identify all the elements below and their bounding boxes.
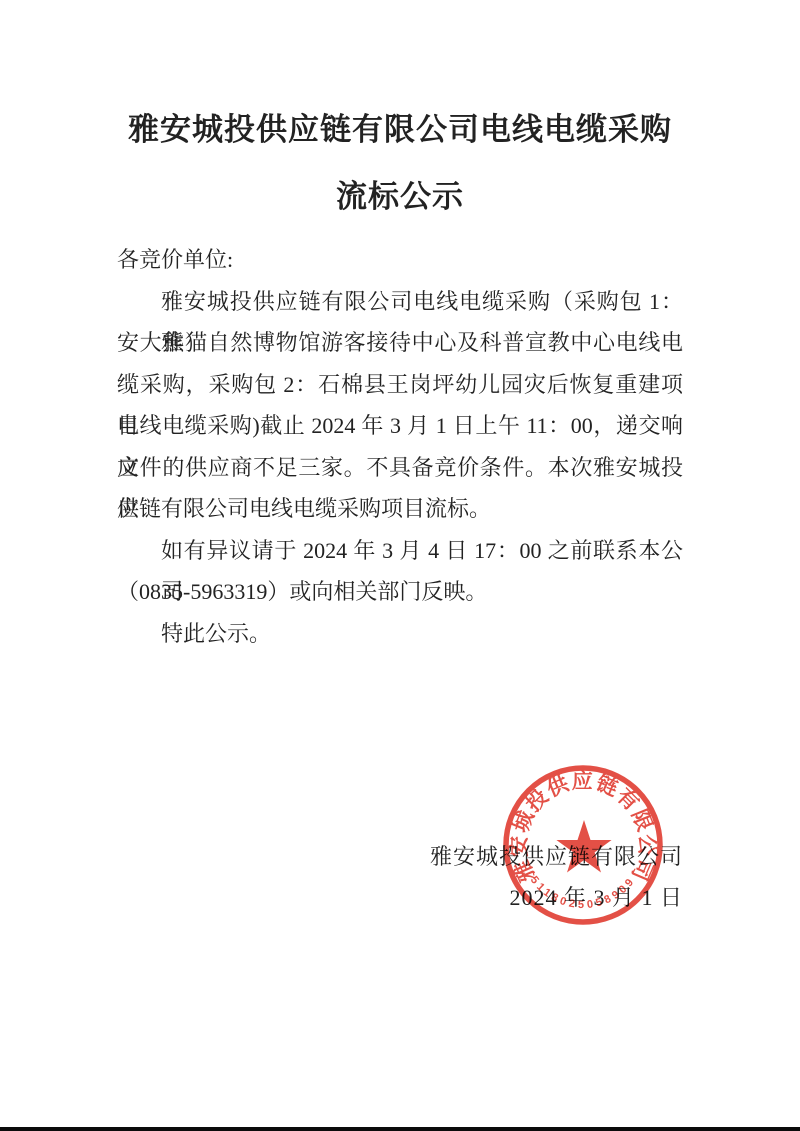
body-line: 应链有限公司电线电缆采购项目流标。 <box>117 488 683 530</box>
notice-document: 雅安城投供应链有限公司电线电缆采购 流标公示 各竞价单位: 雅安城投供应链有限公… <box>0 0 800 1131</box>
scan-edge-bottom <box>0 1127 800 1131</box>
body-line: 安大熊猫自然博物馆游客接待中心及科普宣教中心电线电 <box>117 322 683 364</box>
signature-company: 雅安城投供应链有限公司 <box>430 840 683 871</box>
document-title-line1: 雅安城投供应链有限公司电线电缆采购 <box>0 104 800 149</box>
salutation: 各竞价单位: <box>117 239 683 281</box>
body-line: 电线电缆采购)截止 2024 年 3 月 1 日上午 11：00，递交响应 <box>117 405 683 447</box>
signature-date: 2024 年 3 月 1 日 <box>509 881 683 912</box>
closing-line: 特此公示。 <box>117 613 683 655</box>
body-line: （0835-5963319）或向相关部门反映。 <box>117 571 683 613</box>
document-body: 各竞价单位: 雅安城投供应链有限公司电线电缆采购（采购包 1：雅 安大熊猫自然博… <box>117 239 683 654</box>
body-line: 缆采购，采购包 2：石棉县王岗坪幼儿园灾后恢复重建项目 <box>117 364 683 406</box>
body-line: 雅安城投供应链有限公司电线电缆采购（采购包 1：雅 <box>117 281 683 323</box>
body-line: 如有异议请于 2024 年 3 月 4 日 17：00 之前联系本公司 <box>117 530 683 572</box>
document-title-line2: 流标公示 <box>0 171 800 216</box>
body-line: 文件的供应商不足三家。不具备竞价条件。本次雅安城投供 <box>117 447 683 489</box>
